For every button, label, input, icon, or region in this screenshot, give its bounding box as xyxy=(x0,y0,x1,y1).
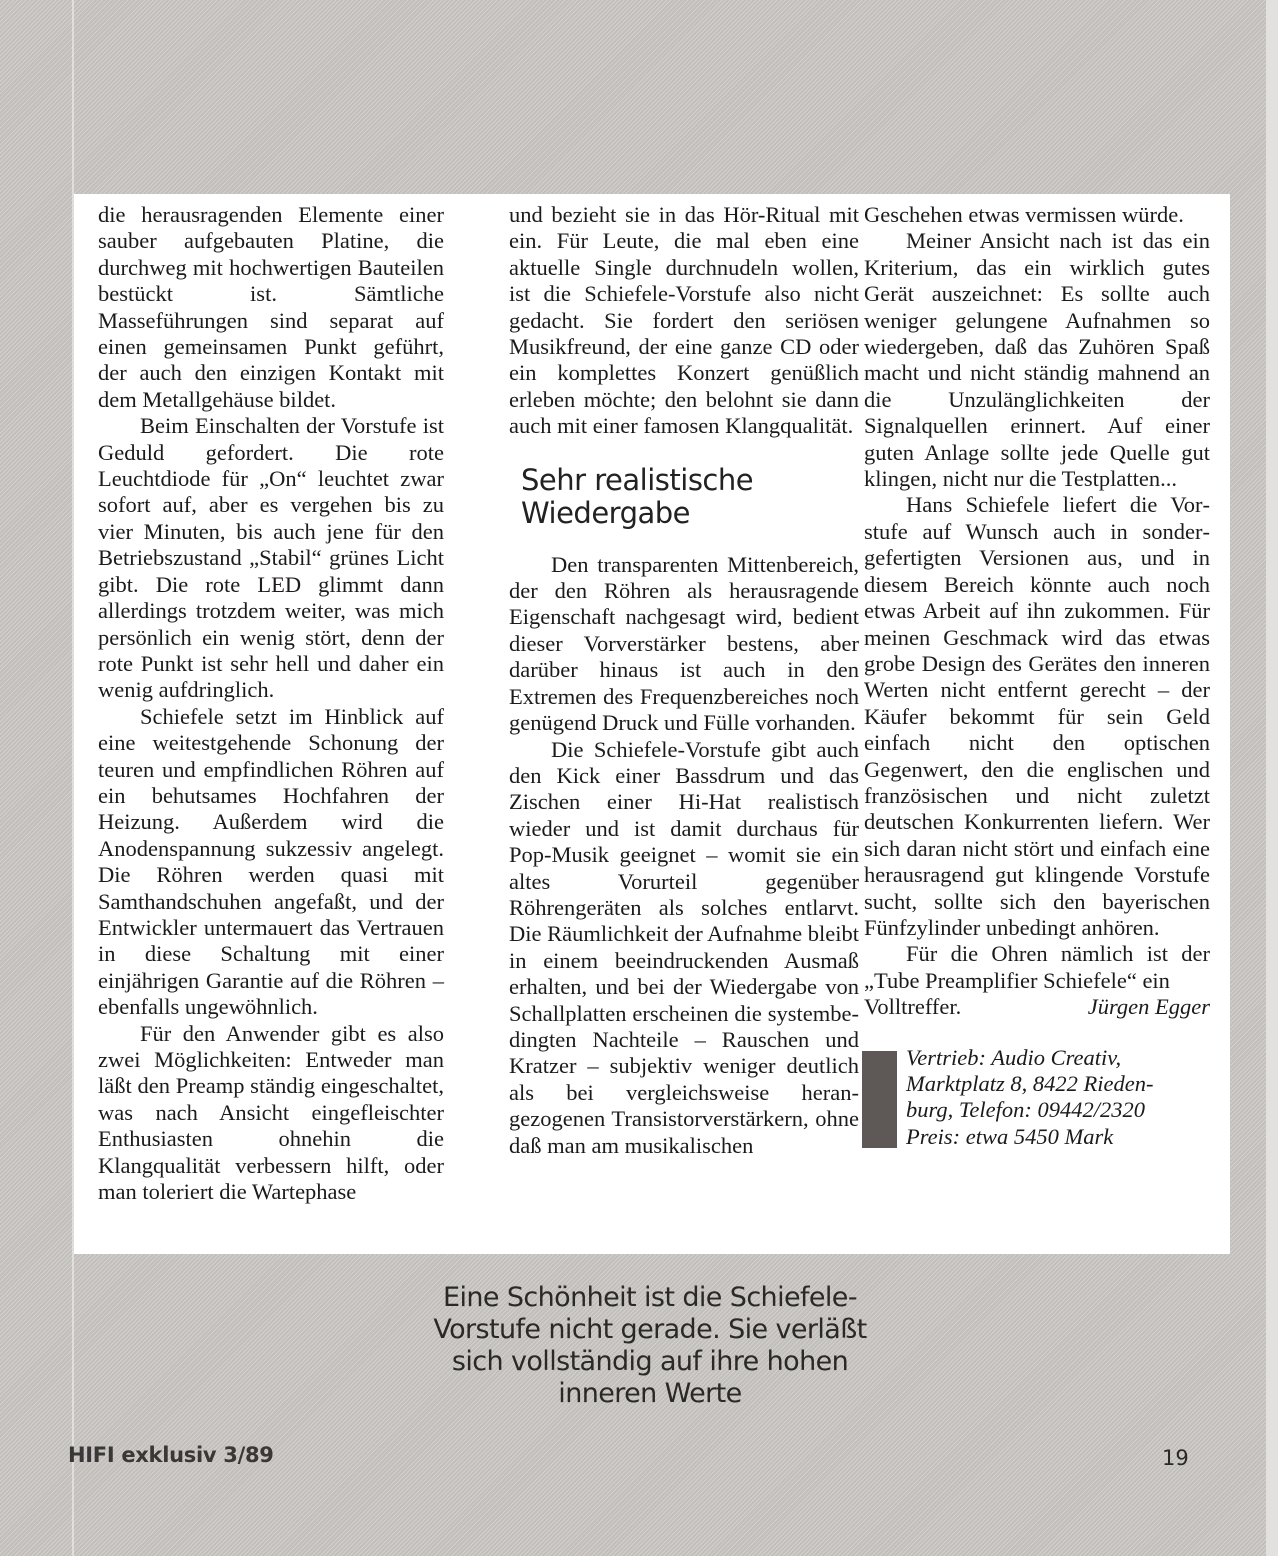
price-line: Preis: etwa 5450 Mark xyxy=(906,1124,1210,1150)
section-subheading: Sehr realistische Wiedergabe xyxy=(521,464,859,530)
paragraph: die herausragenden Elemente ei­ner saube… xyxy=(98,202,444,413)
page-number: 19 xyxy=(1162,1446,1189,1470)
closing-line: Volltreffer. Jürgen Egger xyxy=(864,994,1210,1020)
paragraph: Die Schiefele-Vorstufe gibt auch den Kic… xyxy=(509,737,859,1160)
paragraph: Hans Schiefele liefert die Vor­stufe auf… xyxy=(864,492,1210,941)
distributor-line: Marktplatz 8, 8422 Rieden- xyxy=(906,1071,1210,1097)
article-column-3: Geschehen etwas vermissen wür­de. Meiner… xyxy=(864,202,1210,1150)
distributor-info-box: Vertrieb: Audio Creativ, Marktplatz 8, 8… xyxy=(864,1045,1210,1151)
paragraph: Schiefele setzt im Hinblick auf eine wei… xyxy=(98,704,444,1021)
article-column-1: die herausragenden Elemente ei­ner saube… xyxy=(98,202,444,1205)
paragraph: und bezieht sie in das Hör-Ritual mit ei… xyxy=(509,202,859,440)
caption-line: inneren Werte xyxy=(330,1378,970,1410)
distributor-line: Vertrieb: Audio Creativ, xyxy=(906,1045,1210,1071)
image-caption: Eine Schönheit ist die Schiefele- Vorstu… xyxy=(330,1282,970,1410)
article-column-2: und bezieht sie in das Hör-Ritual mit ei… xyxy=(509,202,859,1159)
subheading-line: Wiedergabe xyxy=(521,496,690,530)
paragraph: Den transparenten Mittenbe­reich, der de… xyxy=(509,552,859,737)
caption-line: sich vollständig auf ihre hohen xyxy=(330,1346,970,1378)
info-box-bar xyxy=(862,1051,897,1148)
caption-line: Eine Schönheit ist die Schiefele- xyxy=(330,1282,970,1314)
page-edge-strip xyxy=(1266,0,1278,1556)
author-byline: Jürgen Egger xyxy=(1088,994,1210,1020)
paragraph: Für die Ohren nämlich ist der „Tube Prea… xyxy=(864,941,1210,994)
closing-word: Volltreffer. xyxy=(864,994,961,1020)
paragraph: Meiner Ansicht nach ist das ein Kriteriu… xyxy=(864,228,1210,492)
paragraph: Für den Anwender gibt es also zwei Mögli… xyxy=(98,1021,444,1206)
magazine-issue-footer: HIFI exklusiv 3/89 xyxy=(68,1443,274,1467)
subheading-line: Sehr realistische xyxy=(521,463,753,497)
paragraph: Beim Einschalten der Vorstufe ist Geduld… xyxy=(98,413,444,703)
paragraph: Geschehen etwas vermissen wür­de. xyxy=(864,202,1210,228)
article-panel: die herausragenden Elemente ei­ner saube… xyxy=(74,194,1230,1254)
distributor-line: burg, Telefon: 09442/2320 xyxy=(906,1097,1210,1123)
caption-line: Vorstufe nicht gerade. Sie verläßt xyxy=(330,1314,970,1346)
